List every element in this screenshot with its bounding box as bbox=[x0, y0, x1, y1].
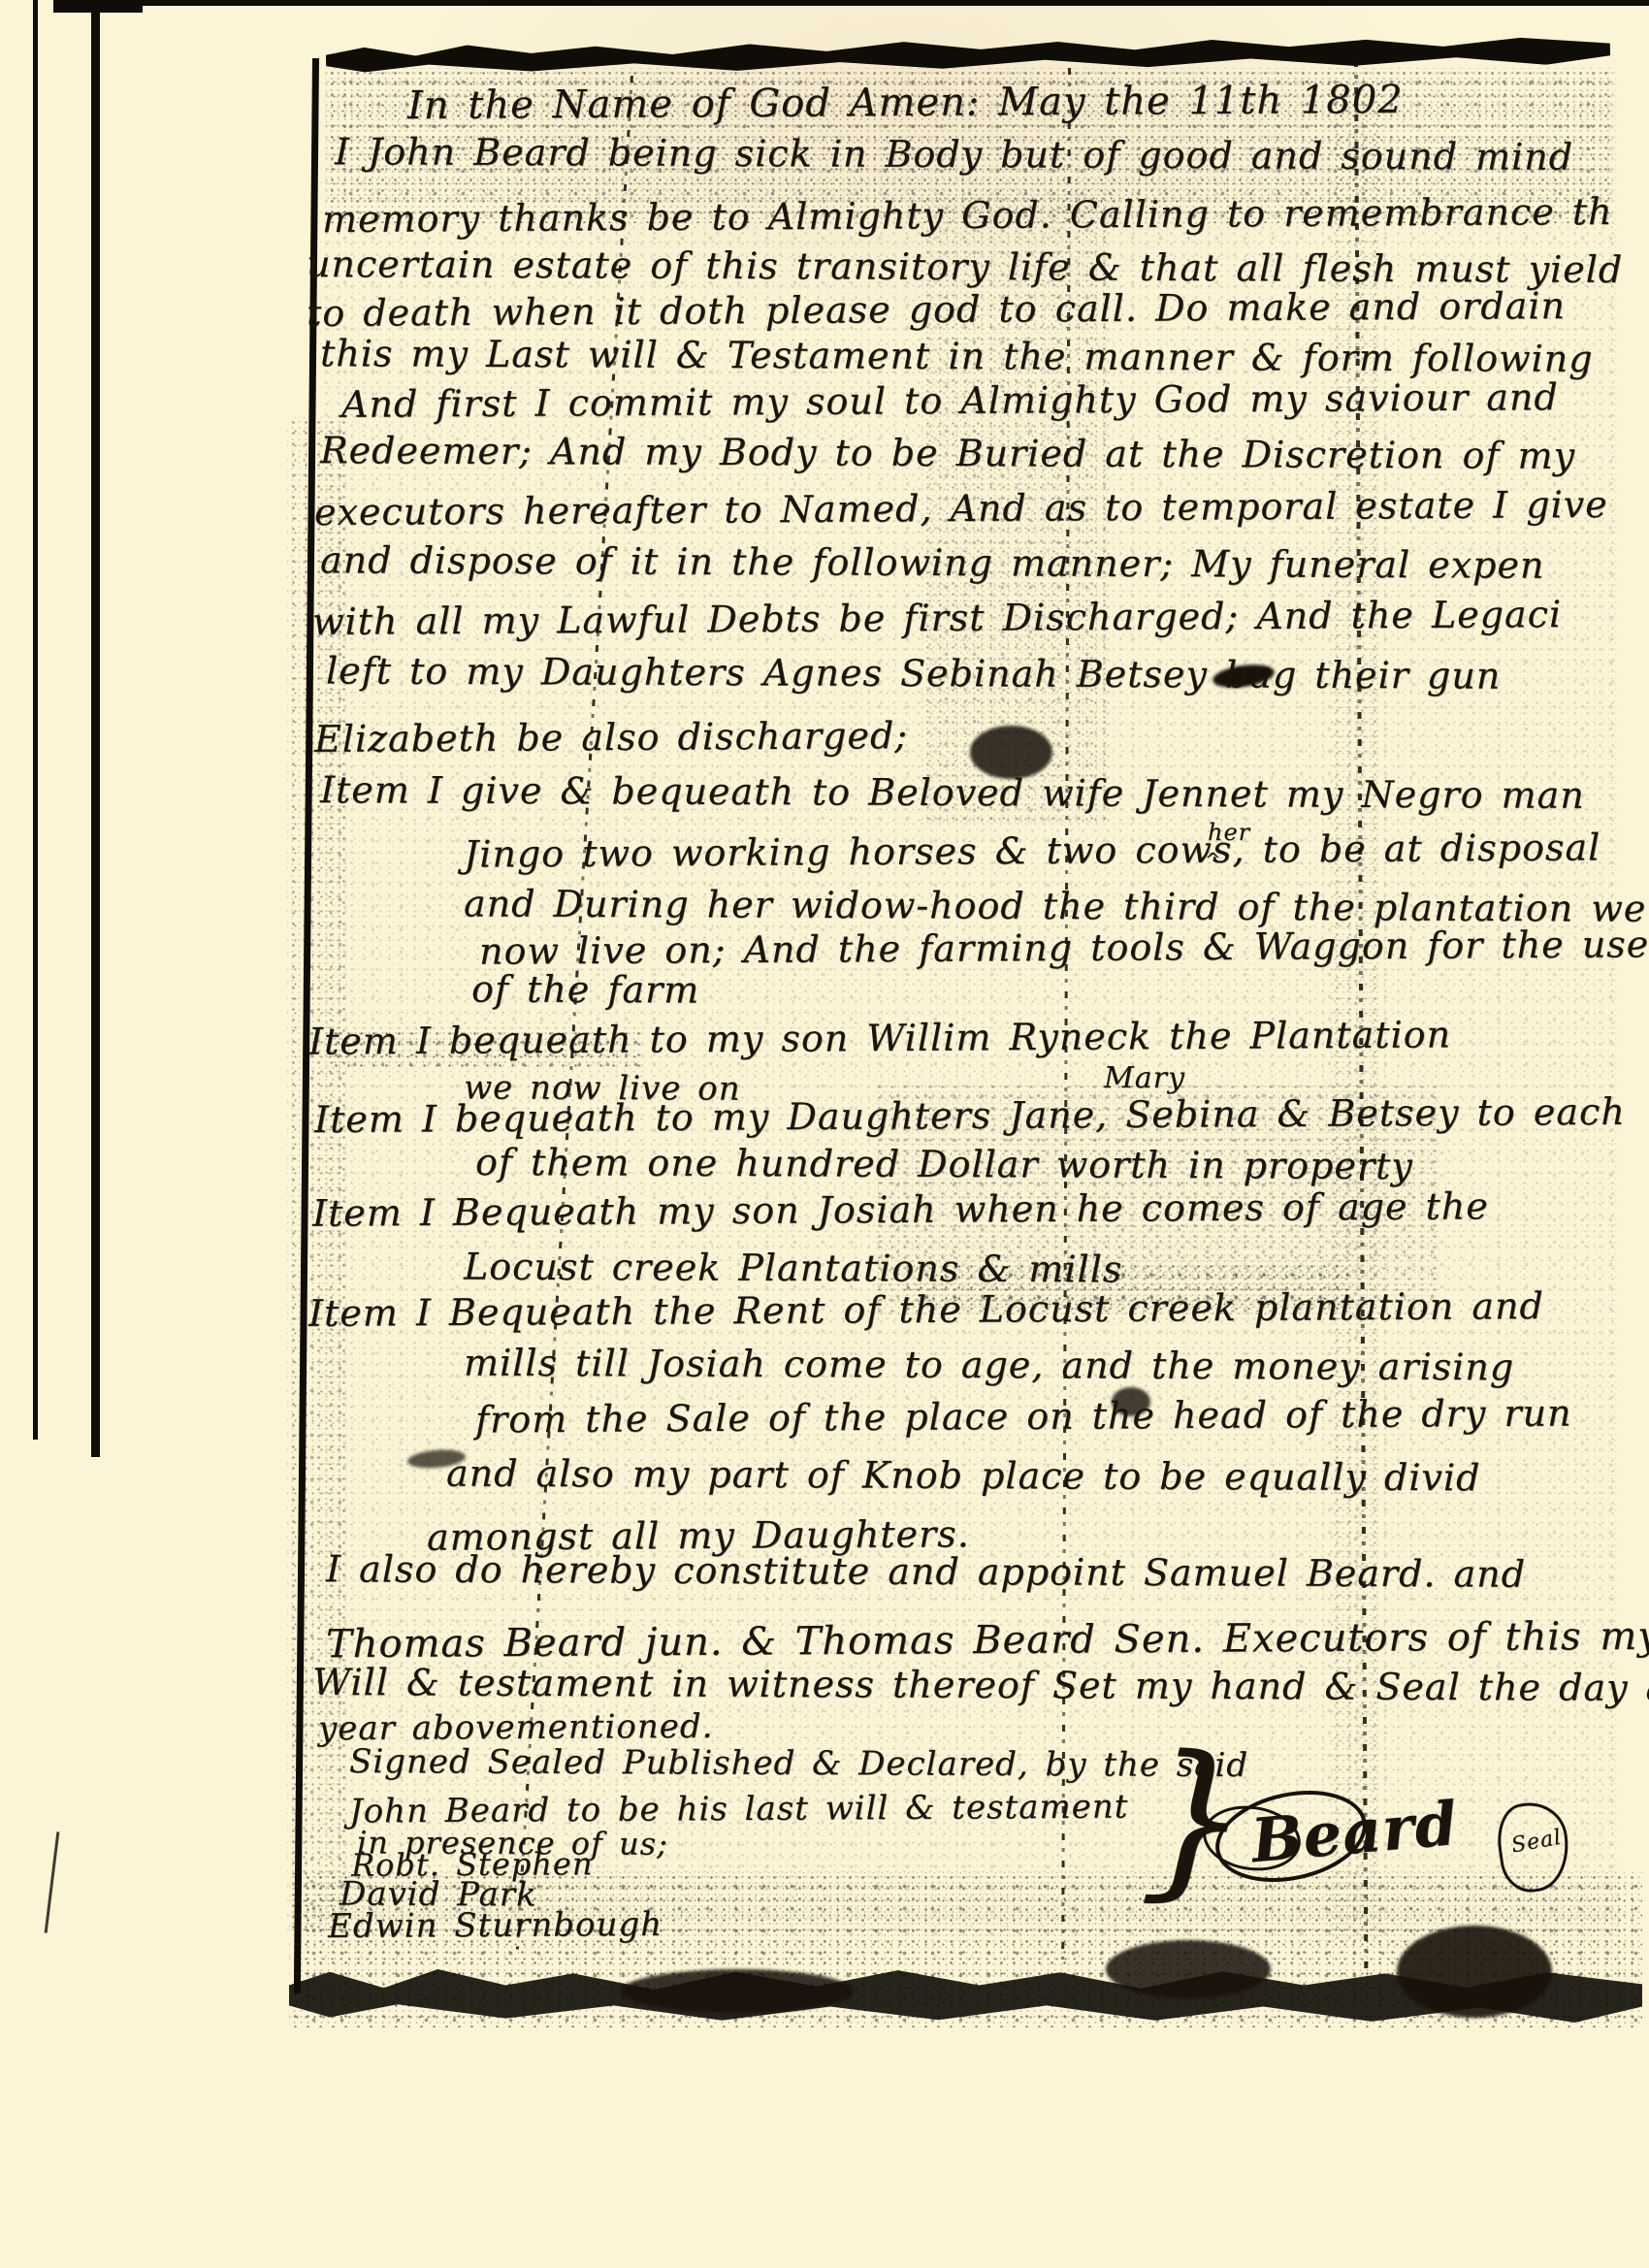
will-line: from the Sale of the place on the head o… bbox=[475, 1395, 1572, 1439]
will-line-heading: In the Name of God Amen: May the 11th 18… bbox=[407, 81, 1404, 125]
will-line: Locust creek Plantations & mills bbox=[464, 1248, 1122, 1288]
will-line: to death when it doth please god to call… bbox=[307, 287, 1566, 332]
will-line: now live on; And the farming tools & Wag… bbox=[479, 925, 1649, 969]
will-line: Jingo two working horses & two cows, to … bbox=[464, 828, 1600, 872]
will-line: I John Beard being sick in Body but of g… bbox=[335, 133, 1573, 176]
will-line: mills till Josiah come to age, and the m… bbox=[464, 1345, 1514, 1386]
will-line: and During her widow-hood the third of t… bbox=[464, 885, 1646, 926]
ink-blot-bottom-left bbox=[621, 1969, 854, 2013]
will-line-attestation: John Beard to be his last will & testame… bbox=[349, 1791, 1129, 1829]
will-line: I also do hereby constitute and appoint … bbox=[326, 1550, 1526, 1592]
will-line: Item I give & bequeath to Beloved wife J… bbox=[320, 771, 1585, 814]
will-line: Will & testament in witness thereof Set … bbox=[312, 1664, 1649, 1706]
witness-signature: Edwin Sturnbough bbox=[328, 1908, 663, 1943]
scan-mark-diagonal bbox=[45, 1831, 60, 1933]
insertion-her: her bbox=[1208, 821, 1250, 844]
will-line: executors hereafter to Named, And as to … bbox=[314, 486, 1608, 531]
ink-blot-bottom-right bbox=[1397, 1926, 1552, 2018]
will-line: with all my Lawful Debts be first Discha… bbox=[312, 596, 1562, 640]
scan-top-edge bbox=[53, 0, 1649, 6]
will-line: And first I commit my soul to Almighty G… bbox=[341, 378, 1559, 423]
signature-beard: Beard bbox=[1249, 1794, 1461, 1871]
insertion-mary: Mary bbox=[1104, 1064, 1185, 1093]
will-line: Redeemer; And my Body to be Buried at th… bbox=[320, 432, 1575, 474]
ink-blot-bottom-mid bbox=[1106, 1940, 1271, 1998]
will-line: Item I bequeath to my Daughters Jane, Se… bbox=[314, 1093, 1626, 1138]
will-line: and also my part of Knob place to be equ… bbox=[446, 1455, 1481, 1497]
will-line: and dispose of it in the following manne… bbox=[320, 541, 1545, 584]
will-line: year abovementioned. bbox=[318, 1710, 714, 1745]
scanned-will-page: In the Name of God Amen: May the 11th 18… bbox=[0, 0, 1649, 2268]
will-line: this my Last will & Testament in the man… bbox=[320, 335, 1594, 377]
will-line: Thomas Beard jun. & Thomas Beard Sen. Ex… bbox=[326, 1617, 1649, 1664]
will-line: Item I bequeath to my son Willim Ryneck … bbox=[308, 1016, 1451, 1059]
insertion-caret: ^ bbox=[1205, 850, 1222, 869]
scan-line-left-thin bbox=[33, 0, 38, 1440]
will-line: Item I Bequeath my son Josiah when he co… bbox=[312, 1187, 1489, 1231]
scan-line-left-thick bbox=[91, 0, 100, 1457]
will-line: left to my Daughters Agnes Sebinah Betse… bbox=[326, 652, 1501, 694]
will-line: Elizabeth be also discharged; bbox=[314, 717, 908, 758]
will-line: uncertain estate of this transitory life… bbox=[307, 245, 1623, 288]
will-line: Item I Bequeath the Rent of the Locust c… bbox=[308, 1287, 1544, 1332]
will-line: memory thanks be to Almighty God. Callin… bbox=[322, 193, 1613, 238]
will-line: of the farm bbox=[471, 970, 699, 1008]
will-line: of them one hundred Dollar worth in prop… bbox=[475, 1144, 1413, 1184]
will-line-attestation: Signed Sealed Published & Declared, by t… bbox=[349, 1745, 1248, 1782]
